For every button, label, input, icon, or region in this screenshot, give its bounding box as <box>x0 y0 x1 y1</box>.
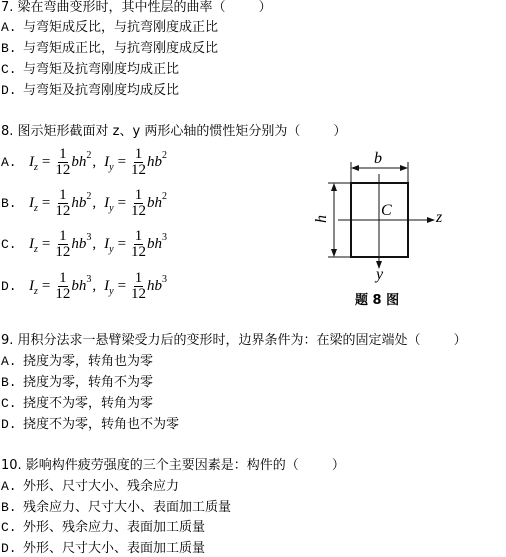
label-b: b <box>374 150 382 168</box>
label-z: z <box>436 209 442 227</box>
option-label: A. <box>1 479 23 495</box>
option-label: A. <box>1 354 23 370</box>
q10-option-c[interactable]: C.外形、残余应力、表面加工质量 <box>1 520 205 536</box>
option-text: 挠度为零，转角也为零 <box>23 354 153 369</box>
option-label: C. <box>1 520 23 536</box>
label-c: C <box>381 202 392 220</box>
option-label: D. <box>1 541 23 557</box>
option-text: 外形、残余应力、表面加工质量 <box>23 520 205 535</box>
option-text: 残余应力、尺寸大小、表面加工质量 <box>23 500 231 515</box>
label-h: h <box>313 215 331 223</box>
q10-stem: 10. 影响构件疲劳强度的三个主要因素是：构件的（ ） <box>1 458 345 474</box>
q9-option-c[interactable]: C.挠度不为零，转角为零 <box>1 396 153 412</box>
option-text: 外形、尺寸大小、残余应力 <box>23 479 179 494</box>
q9-option-b[interactable]: B.挠度为零，转角不为零 <box>1 375 153 391</box>
option-text: 挠度不为零，转角为零 <box>23 396 153 411</box>
option-label: C. <box>1 396 23 412</box>
q9-stem: 9. 用积分法求一悬臂梁受力后的变形时，边界条件为：在梁的固定端处（ ） <box>1 333 467 349</box>
figure-caption: 题 8 图 <box>355 289 399 308</box>
q10-option-d[interactable]: D.外形、尺寸大小、表面加工质量 <box>1 541 205 557</box>
q10-option-a[interactable]: A.外形、尺寸大小、残余应力 <box>1 479 179 495</box>
q10-option-b[interactable]: B.残余应力、尺寸大小、表面加工质量 <box>1 500 231 516</box>
option-text: 挠度为零，转角不为零 <box>23 375 153 390</box>
option-text: 挠度不为零，转角也不为零 <box>23 417 179 432</box>
option-text: 外形、尺寸大小、表面加工质量 <box>23 541 205 556</box>
label-y: y <box>376 266 383 284</box>
q9-option-a[interactable]: A.挠度为零，转角也为零 <box>1 354 153 370</box>
q9-option-d[interactable]: D.挠度不为零，转角也不为零 <box>1 417 179 433</box>
option-label: D. <box>1 417 23 433</box>
option-label: B. <box>1 500 23 516</box>
q8-figure-rectangle-section <box>0 0 506 320</box>
option-label: B. <box>1 375 23 391</box>
